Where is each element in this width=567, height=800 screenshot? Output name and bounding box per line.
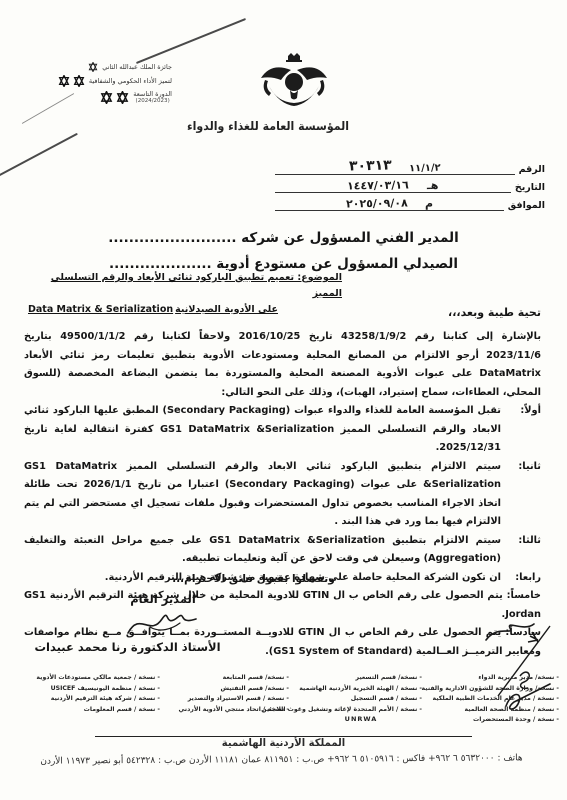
- cc-item: - نسخة / وحدة المستحضرات: [433, 716, 559, 723]
- body-intro: بالإشارة إلى كتابنا رقم 43258/1/9/2 تاري…: [24, 328, 541, 402]
- cc-item: - نسخة/ مدير مديرية الدواء: [433, 674, 559, 681]
- scan-streak: [0, 133, 78, 179]
- scanned-letter-page: جائزة الملك عبدالله الثاني لتميز الأداء …: [0, 0, 567, 800]
- scan-streak: [136, 18, 246, 64]
- cc-column-2: - نسخة/ قسم التسعير - نسخة / الهيئة الخي…: [300, 674, 422, 723]
- signature-scribble: [120, 603, 210, 643]
- item-2-text: سيتم الالتزام بتطبيق الباركود ثنائي الاب…: [24, 461, 501, 528]
- ref-gregorian-suffix: م: [425, 197, 433, 210]
- cc-item: - نسخة / شركة هيئة الترقيم الأردنية: [40, 695, 160, 702]
- ref-hijri-label: التاريخ: [515, 182, 545, 193]
- cc-item: - نسخة / قسم التسجيل: [300, 695, 422, 702]
- cc-column-1: - نسخة/ مدير مديرية الدواء - نسخة/ وزارة…: [433, 674, 559, 723]
- item-5-text: يتم الحصول على رقم الخاص ب ال GTIN للادو…: [24, 590, 541, 620]
- ref-number-row: الرقم ١١/١/٢ ٣٠٣١٣: [275, 158, 545, 175]
- ref-number-note-handwritten: ١١/١/٢: [409, 163, 441, 175]
- award-line3: الدورة التاسعة: [133, 90, 172, 98]
- subject-block: الموضوع: تعميم تطبيق الباركود ثنائي الأب…: [28, 270, 342, 318]
- cc-item: - نسخة/ وزارة الصحة للشؤون الادارية والف…: [433, 685, 559, 692]
- item-2-label: ثانيا:: [518, 458, 541, 477]
- signature-name: الأستاذ الدكتورة رنا محمد عبيدات: [30, 640, 225, 654]
- cc-item: - نسخة / قسم المعلومات: [40, 706, 160, 713]
- cc-item: - نسخة / منظمة اليونيسيف USICEF: [40, 685, 160, 692]
- cc-item: - نسخة / قسم الاستيراد والتصدير: [171, 695, 289, 702]
- cc-item: - نسخة / اتحاد منتجي الأدوية الأردني: [171, 706, 289, 713]
- cc-list: - نسخة/ مدير مديرية الدواء - نسخة/ وزارة…: [40, 674, 559, 723]
- cc-item: - نسخة/ قسم التسعير: [300, 674, 422, 681]
- star-icon: [116, 91, 129, 104]
- coat-of-arms-block: المؤسسة العامة للغذاء والدواء: [239, 52, 349, 133]
- addressee-line1: المدير الفني المسؤول عن شركه ...........…: [60, 225, 507, 251]
- cc-item: - نسخة / جمعية مالكي مستودعات الأدوية: [40, 674, 160, 681]
- ref-gregorian-row: الموافق م ٢٠٢٥/٠٩/٠٨: [275, 197, 545, 211]
- award-line1: جائزة الملك عبدالله الثاني: [102, 63, 172, 71]
- cc-item-unrwa: UNRWA: [300, 716, 422, 723]
- item-1-label: أولاً:: [520, 402, 541, 421]
- star-icon: [100, 91, 113, 104]
- award-line2: لتميز الأداء الحكومي والشفافية: [89, 77, 172, 85]
- star-icon: [58, 75, 70, 87]
- greeting: تحية طيبة وبعد،،،: [448, 306, 541, 319]
- ref-hijri-value-handwritten: ١٤٤٧/٠٣/١٦: [347, 178, 409, 192]
- ref-hijri-row: التاريخ هـ ١٤٤٧/٠٣/١٦: [275, 179, 545, 193]
- reference-block: الرقم ١١/١/٢ ٣٠٣١٣ التاريخ هـ ١٤٤٧/٠٣/١٦…: [275, 158, 545, 215]
- ref-hijri-suffix: هـ: [427, 179, 439, 192]
- item-5-label: خامساً:: [507, 590, 541, 601]
- cc-item: - نسخة / الأمم المتحدة لإغاثة وتشغيل وغو…: [300, 706, 422, 713]
- cc-item: - نسخة / منظمة الصحة العالمية: [433, 706, 559, 713]
- item-1-text: تقبل المؤسسة العامة للغذاء والدواء عبوات…: [24, 405, 501, 453]
- cc-item: - نسخة/ قسم المتابعة: [171, 674, 289, 681]
- cc-item: - نسخة / مدير عام الخدمات الطبية الملكية: [433, 695, 559, 702]
- award-line4: (2024/2023): [136, 98, 170, 104]
- letter-body: بالإشارة إلى كتابنا رقم 43258/1/9/2 تاري…: [24, 328, 541, 661]
- cc-item: - نسخة / الهيئة الخيرية الأردنية الهاشمي…: [300, 685, 422, 692]
- closing-phrase: وتفضلوا بقبول فائق الاحترام،،،: [120, 573, 387, 585]
- subject-line1: الموضوع: تعميم تطبيق الباركود ثنائي الأب…: [28, 270, 342, 302]
- ref-gregorian-value-handwritten: ٢٠٢٥/٠٩/٠٨: [345, 196, 407, 210]
- item-4-label: رابعا:: [515, 569, 541, 588]
- subject-line2-latin: Data Matrix & Serialization: [28, 302, 173, 318]
- org-name: المؤسسة العامة للغذاء والدواء: [239, 120, 349, 134]
- body-item-2: ثانيا: سيتم الالتزام بتطبيق الباركود ثنا…: [24, 458, 541, 532]
- body-item-3: ثالثا: سيتم الالتزام بتطبيق GS1 DataMatr…: [24, 532, 541, 569]
- star-icon: [88, 62, 98, 72]
- item-3-label: ثالثا:: [518, 532, 541, 551]
- star-icon: [73, 75, 85, 87]
- item-3-text: سيتم الالتزام بتطبيق GS1 DataMatrix &Ser…: [24, 535, 501, 565]
- subject-line2-arabic: على الأدوية الصيدلانية: [175, 302, 278, 318]
- jordan-coat-of-arms-icon: [255, 52, 333, 114]
- kingdom-name: المملكة الأردنية الهاشمية: [0, 738, 567, 750]
- ref-number-value-handwritten: ٣٠٣١٣: [348, 157, 391, 174]
- cc-column-4: - نسخة / جمعية مالكي مستودعات الأدوية - …: [40, 674, 160, 723]
- award-emblem: جائزة الملك عبدالله الثاني لتميز الأداء …: [44, 62, 172, 107]
- ref-gregorian-label: الموافق: [508, 200, 545, 211]
- body-item-1: أولاً: تقبل المؤسسة العامة للغذاء والدوا…: [24, 402, 541, 458]
- cc-item: - نسخة/ قسم التفتيش: [171, 685, 289, 692]
- footer-contact-line: هاتف : ٥٦٣٢٠٠٠ ٦ ٩٦٢+ فاكس : ٥١٠٥٩١٦ ٦ ٩…: [10, 753, 553, 767]
- body-item-5: خامساً: يتم الحصول على رقم الخاص ب ال GT…: [24, 587, 541, 624]
- cc-column-3: - نسخة/ قسم المتابعة - نسخة/ قسم التفتيش…: [171, 674, 289, 723]
- ref-number-label: الرقم: [519, 164, 545, 175]
